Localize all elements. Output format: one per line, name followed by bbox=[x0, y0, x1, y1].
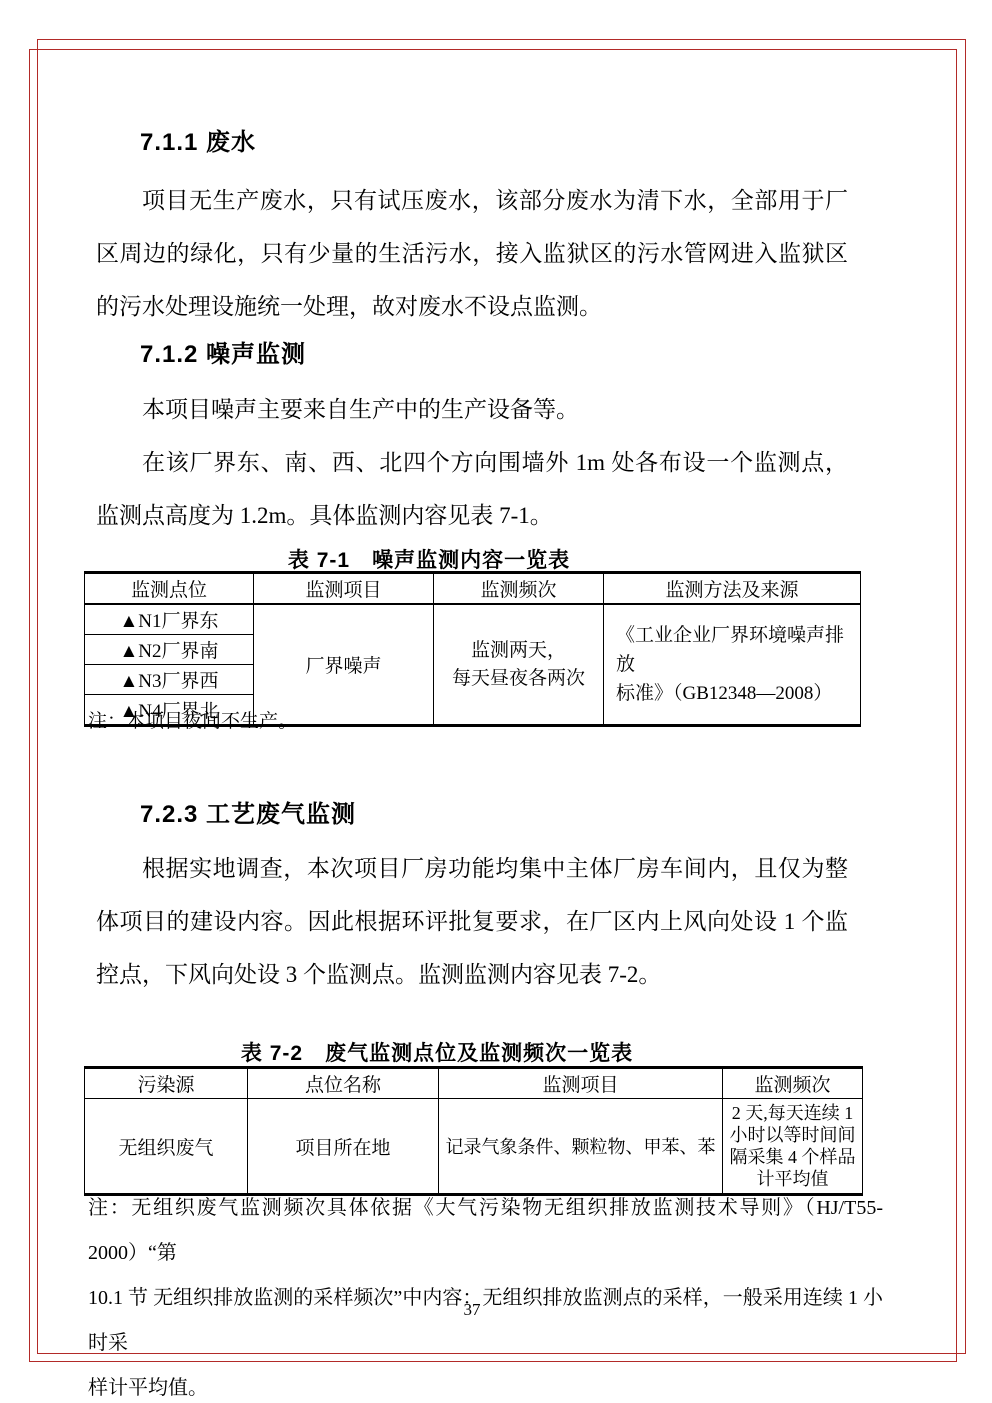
table-7-1-note: 注：本项目夜间不生产。 bbox=[88, 710, 297, 733]
table-row: 无组织废气 项目所在地 记录气象条件、颗粒物、甲苯、苯 2 天,每天连续 1 小… bbox=[85, 1099, 863, 1195]
t1-point-n1: ▲N1厂界东 bbox=[85, 604, 254, 635]
table-7-1: 监测点位 监测项目 监测频次 监测方法及来源 ▲N1厂界东 厂界噪声 监测两天，… bbox=[84, 571, 861, 727]
t1-frequency-cell: 监测两天， 每天昼夜各两次 bbox=[434, 604, 604, 726]
table-7-1-header-row: 监测点位 监测项目 监测频次 监测方法及来源 bbox=[85, 573, 861, 605]
table-7-2: 污染源 点位名称 监测项目 监测频次 无组织废气 项目所在地 记录气象条件、颗粒… bbox=[84, 1066, 863, 1196]
t2-source-cell: 无组织废气 bbox=[85, 1099, 248, 1195]
t1-item-cell: 厂界噪声 bbox=[254, 604, 434, 726]
t2-header-source: 污染源 bbox=[85, 1068, 248, 1099]
t1-header-point: 监测点位 bbox=[85, 573, 254, 605]
section-heading-723: 7.2.3 工艺废气监测 bbox=[140, 801, 356, 829]
table-7-2-note: 注：无组织废气监测频次具体依据《大气污染物无组织排放监测技术导则》（HJ/T55… bbox=[88, 1186, 883, 1403]
page-number: 37 bbox=[84, 1300, 860, 1320]
t1-point-n2: ▲N2厂界南 bbox=[85, 635, 254, 665]
t1-header-item: 监测项目 bbox=[254, 573, 434, 605]
t1-method-cell: 《工业企业厂界环境噪声排放 标准》（GB12348—2008） bbox=[604, 604, 861, 726]
table-row: ▲N1厂界东 厂界噪声 监测两天， 每天昼夜各两次 《工业企业厂界环境噪声排放 … bbox=[85, 604, 861, 635]
table-7-2-title: 表 7-2 废气监测点位及监测频次一览表 bbox=[84, 1037, 790, 1067]
t1-header-method: 监测方法及来源 bbox=[604, 573, 861, 605]
paragraph-712-1: 本项目噪声主要来自生产中的生产设备等。 bbox=[96, 383, 848, 436]
t2-header-items: 监测项目 bbox=[439, 1068, 723, 1099]
t2-frequency-cell: 2 天,每天连续 1 小时以等时间间 隔采集 4 个样品 计平均值 bbox=[723, 1099, 863, 1195]
paragraph-711-1: 项目无生产废水，只有试压废水，该部分废水为清下水，全部用于厂区周边的绿化，只有少… bbox=[96, 174, 848, 333]
paragraph-712-2: 在该厂界东、南、西、北四个方向围墙外 1m 处各布设一个监测点，监测点高度为 1… bbox=[96, 436, 848, 542]
t1-header-frequency: 监测频次 bbox=[434, 573, 604, 605]
t2-items-cell: 记录气象条件、颗粒物、甲苯、苯 bbox=[439, 1099, 723, 1195]
paragraph-723-1: 根据实地调查，本次项目厂房功能均集中主体厂房车间内，且仅为整体项目的建设内容。因… bbox=[96, 842, 848, 1001]
section-heading-711: 7.1.1 废水 bbox=[140, 129, 256, 157]
t2-location-cell: 项目所在地 bbox=[248, 1099, 439, 1195]
t1-point-n3: ▲N3厂界西 bbox=[85, 665, 254, 695]
section-heading-712: 7.1.2 噪声监测 bbox=[140, 341, 306, 369]
table-7-1-title: 表 7-1 噪声监测内容一览表 bbox=[84, 544, 774, 574]
t2-header-frequency: 监测频次 bbox=[723, 1068, 863, 1099]
t2-header-location: 点位名称 bbox=[248, 1068, 439, 1099]
table-7-2-header-row: 污染源 点位名称 监测项目 监测频次 bbox=[85, 1068, 863, 1099]
document-page: 7.1.1 废水 项目无生产废水，只有试压废水，该部分废水为清下水，全部用于厂区… bbox=[0, 0, 992, 1403]
